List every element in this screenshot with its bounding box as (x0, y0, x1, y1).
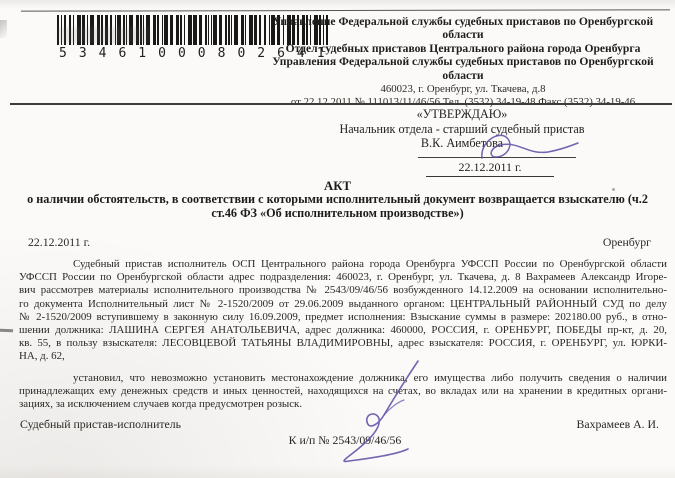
letterhead: Управление Федеральной службы судебных п… (256, 15, 670, 108)
signature-row: Судебный пристав-исполнитель Вахрамеев А… (20, 417, 659, 432)
barcode-smudge-artifact (58, 27, 150, 43)
dateline-date: 22.12.2011 г. (28, 235, 90, 250)
approval-stamp-label: «УТВЕРЖДАЮ» (252, 107, 672, 122)
scan-corner-artifact (0, 20, 7, 38)
scanned-document-page: 53461000802641 Управление Федеральной сл… (0, 0, 675, 478)
scan-edge-artifact (0, 329, 13, 332)
header-divider-rule (10, 103, 672, 105)
top-horizontal-rule (21, 9, 670, 12)
dateline: 22.12.2011 г. Оренбург (28, 235, 651, 250)
approval-position: Начальник отдела - старший судебный прис… (252, 122, 672, 137)
body-paragraph-2: установил, что невозможно установить мес… (19, 372, 667, 412)
case-number: К и/п № 2543/09/46/56 (0, 433, 675, 448)
dateline-city: Оренбург (603, 235, 651, 250)
body-paragraph-1: Судебный пристав исполнитель ОСП Централ… (19, 258, 667, 364)
letterhead-org-lines: Управление Федеральной службы судебных п… (256, 15, 670, 82)
approval-signature-line (418, 157, 576, 158)
body-text: Судебный пристав исполнитель ОСП Централ… (19, 258, 667, 411)
approval-date: 22.12.2011 г. (426, 160, 554, 177)
signer-position: Судебный пристав-исполнитель (20, 417, 181, 432)
approval-block: «УТВЕРЖДАЮ» Начальник отдела - старший с… (252, 107, 672, 151)
document-subtitle: о наличии обстоятельств, в соответствии … (12, 193, 663, 221)
signer-name: Вахрамеев А. И. (577, 417, 659, 432)
approval-name: В.К. Аимбетова (252, 136, 672, 151)
letterhead-address: 460023, г. Оренбург, ул. Ткачева, д.8 (256, 83, 670, 96)
